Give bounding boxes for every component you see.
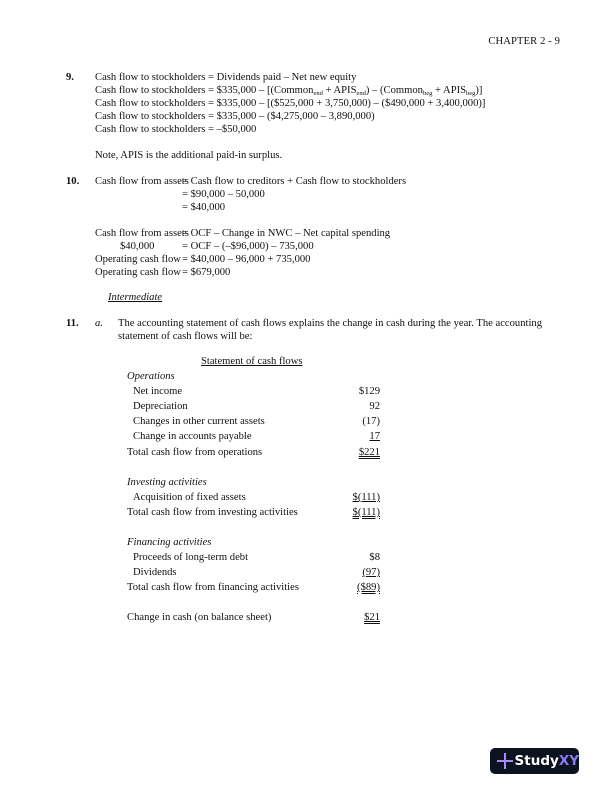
p9-line-3-label: Cash flow to stockholders xyxy=(95,98,205,109)
p10-b1-rhs-1: = Cash flow to creditors + Cash flow to … xyxy=(182,176,406,189)
stmt-row: Changes in other current assets (17) xyxy=(127,416,380,429)
p10-b1-rhs-3: = $40,000 xyxy=(182,202,225,215)
p9-line-1-label: Cash flow to stockholders xyxy=(95,72,205,83)
p10-b1-rhs-2: = $90,000 – 50,000 xyxy=(182,189,265,202)
statement-title: Statement of cash flows xyxy=(201,356,303,369)
chapter-header: CHAPTER 2 - 9 xyxy=(488,36,560,49)
p10-b2-label-1: Cash flow from assets xyxy=(95,228,189,241)
change-in-cash-row: Change in cash (on balance sheet) $21 xyxy=(127,612,380,625)
p11-part-a: a. xyxy=(95,318,103,331)
p11-intro-text: The accounting statement of cash flows e… xyxy=(118,318,542,343)
stmt-row: Dividends (97) xyxy=(127,567,380,580)
p10-b2-label-3: Operating cash flow xyxy=(95,254,181,267)
investing-heading: Investing activities xyxy=(127,477,207,490)
p10-b2-label-2: $40,000 xyxy=(120,241,154,254)
financing-heading-row: Financing activities xyxy=(127,537,380,550)
financing-heading: Financing activities xyxy=(127,537,211,550)
stmt-total-row: Total cash flow from investing activitie… xyxy=(127,507,380,520)
p9-line-5-rhs: = –$50,000 xyxy=(208,124,256,135)
stmt-row: Proceeds of long-term debt $8 xyxy=(127,552,380,565)
investing-heading-row: Investing activities xyxy=(127,477,380,490)
p9-line-2-rhs: = $335,000 – [(Commonend + APISend) – (C… xyxy=(208,85,482,96)
operations-heading: Operations xyxy=(127,371,175,384)
operations-heading-row: Operations xyxy=(127,371,380,384)
plus-icon xyxy=(497,753,509,769)
p9-line-2: Cash flow to stockholders = $335,000 – [… xyxy=(95,85,482,98)
p10-b2-label-4: Operating cash flow xyxy=(95,267,181,280)
p9-line-5: Cash flow to stockholders = –$50,000 xyxy=(95,124,256,137)
p10-b2-rhs-3: = $40,000 – 96,000 + 735,000 xyxy=(182,254,310,267)
studyxy-badge: StudyXY xyxy=(490,748,579,774)
p9-line-4-rhs: = $335,000 – ($4,275,000 – 3,890,000) xyxy=(208,111,375,122)
brand-prefix: Study xyxy=(515,755,559,768)
problem-number-9: 9. xyxy=(66,72,74,85)
p9-line-4-label: Cash flow to stockholders xyxy=(95,111,205,122)
brand-suffix: XY xyxy=(559,755,579,768)
p9-line-4: Cash flow to stockholders = $335,000 – (… xyxy=(95,111,375,124)
p10-b2-rhs-4: = $679,000 xyxy=(182,267,230,280)
problem-number-10: 10. xyxy=(66,176,79,189)
stmt-row: Change in accounts payable 17 xyxy=(127,431,380,444)
stmt-total-row: Total cash flow from financing activitie… xyxy=(127,582,380,595)
p9-note: Note, APIS is the additional paid-in sur… xyxy=(95,150,282,163)
p9-line-3: Cash flow to stockholders = $335,000 – [… xyxy=(95,98,485,111)
p9-line-1-rhs: = Dividends paid – Net new equity xyxy=(208,72,356,83)
p10-b2-rhs-2: = OCF – (–$96,000) – 735,000 xyxy=(182,241,314,254)
p9-line-5-label: Cash flow to stockholders xyxy=(95,124,205,135)
p10-b1-label-1: Cash flow from assets xyxy=(95,176,189,189)
section-heading-intermediate: Intermediate xyxy=(108,292,162,305)
stmt-row: Depreciation 92 xyxy=(127,401,380,414)
p9-line-2-label: Cash flow to stockholders xyxy=(95,85,205,96)
p9-line-1: Cash flow to stockholders = Dividends pa… xyxy=(95,72,356,85)
problem-number-11: 11. xyxy=(66,318,79,331)
p10-b2-rhs-1: = OCF – Change in NWC – Net capital spen… xyxy=(182,228,390,241)
stmt-row: Net income $129 xyxy=(127,386,380,399)
p9-line-3-rhs: = $335,000 – [($525,000 + 3,750,000) – (… xyxy=(208,98,485,109)
stmt-row: Acquisition of fixed assets $(111) xyxy=(127,492,380,505)
stmt-total-row: Total cash flow from operations $221 xyxy=(127,447,380,460)
